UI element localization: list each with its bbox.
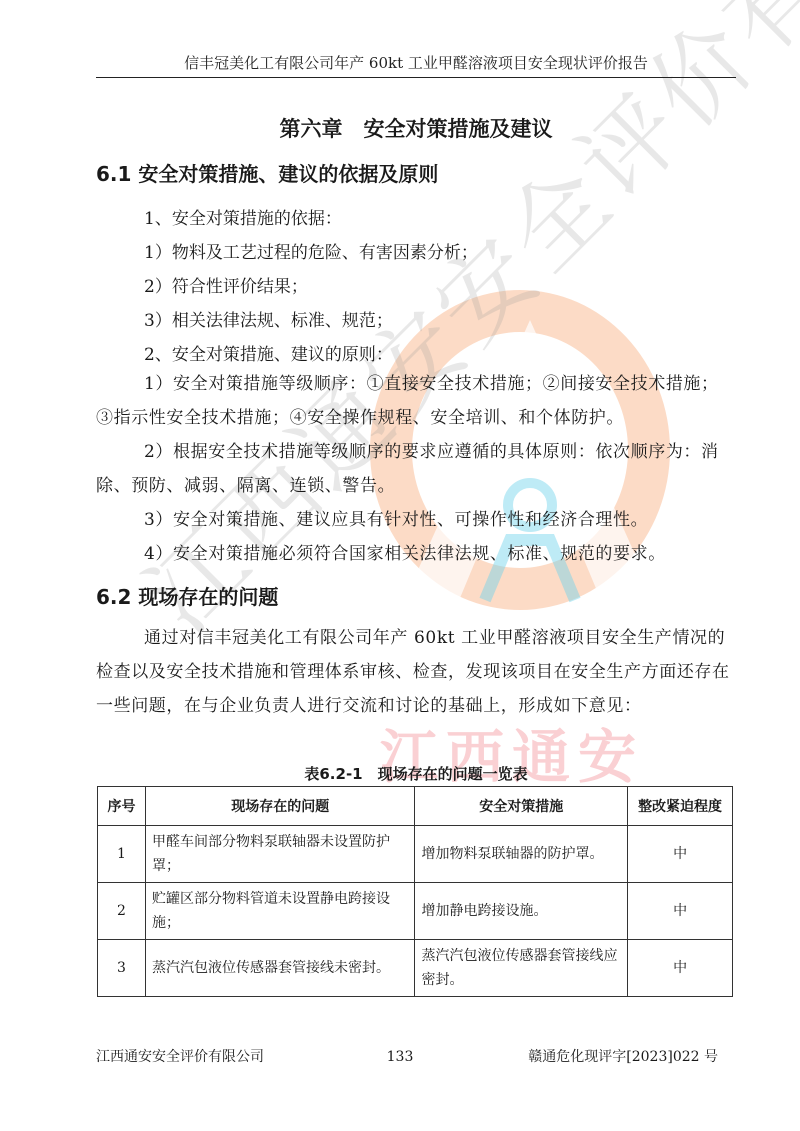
table-row: 3 蒸汽汽包液位传感器套管接线未密封。 蒸汽汽包液位传感器套管接线应密封。 中 (98, 940, 733, 997)
row-measure: 增加物料泵联轴器的防护罩。 (415, 826, 628, 883)
row-no: 3 (98, 940, 146, 997)
principle-1: 1）安全对策措施等级顺序：①直接安全技术措施；②间接安全技术措施；③指示性安全技… (96, 367, 736, 435)
row-issue: 贮罐区部分物料管道未设置静电跨接设施； (145, 883, 415, 940)
basis-heading: 1、安全对策措施的依据： (144, 204, 342, 229)
row-urgency: 中 (628, 940, 733, 997)
header-divider (96, 77, 736, 78)
table-row: 1 甲醛车间部分物料泵联轴器未设置防护罩； 增加物料泵联轴器的防护罩。 中 (98, 826, 733, 883)
header-urgency: 整改紧迫程度 (628, 787, 733, 826)
header-measure: 安全对策措施 (415, 787, 628, 826)
section-6-2-title: 6.2 现场存在的问题 (96, 581, 278, 610)
header-no: 序号 (98, 787, 146, 826)
principle-4: 4）安全对策措施必须符合国家相关法律法规、标准、规范的要求。 (96, 537, 736, 571)
section-6-1-title: 6.1 安全对策措施、建议的依据及原则 (96, 158, 438, 187)
principle-3: 3）安全对策措施、建议应具有针对性、可操作性和经济合理性。 (96, 503, 736, 537)
row-no: 2 (98, 883, 146, 940)
basis-item-1: 1）物料及工艺过程的危险、有害因素分析； (144, 238, 478, 263)
running-header: 信丰冠美化工有限公司年产 60kt 工业甲醛溶液项目安全现状评价报告 (96, 52, 736, 73)
principle-2: 2）根据安全技术措施等级顺序的要求应遵循的具体原则：依次顺序为：消除、预防、减弱… (96, 435, 736, 503)
row-urgency: 中 (628, 883, 733, 940)
document-code: 赣通危化现评字[2023]022 号 (528, 1046, 718, 1066)
section-6-2-intro: 通过对信丰冠美化工有限公司年产 60kt 工业甲醛溶液项目安全生产情况的检查以及… (96, 621, 736, 723)
row-measure: 增加静电跨接设施。 (415, 883, 628, 940)
row-issue: 蒸汽汽包液位传感器套管接线未密封。 (145, 940, 415, 997)
table-header-row: 序号 现场存在的问题 安全对策措施 整改紧迫程度 (98, 787, 733, 826)
table-caption: 表6.2-1 现场存在的问题一览表 (96, 763, 736, 784)
principles-heading: 2、安全对策措施、建议的原则： (144, 340, 393, 365)
chapter-title: 第六章 安全对策措施及建议 (96, 113, 736, 143)
row-urgency: 中 (628, 826, 733, 883)
row-issue: 甲醛车间部分物料泵联轴器未设置防护罩； (145, 826, 415, 883)
basis-item-3: 3）相关法律法规、标准、规范； (144, 306, 393, 331)
issues-table: 序号 现场存在的问题 安全对策措施 整改紧迫程度 1 甲醛车间部分物料泵联轴器未… (97, 786, 733, 997)
basis-item-2: 2）符合性评价结果； (144, 272, 308, 297)
table-row: 2 贮罐区部分物料管道未设置静电跨接设施； 增加静电跨接设施。 中 (98, 883, 733, 940)
header-issue: 现场存在的问题 (145, 787, 415, 826)
row-no: 1 (98, 826, 146, 883)
row-measure: 蒸汽汽包液位传感器套管接线应密封。 (415, 940, 628, 997)
